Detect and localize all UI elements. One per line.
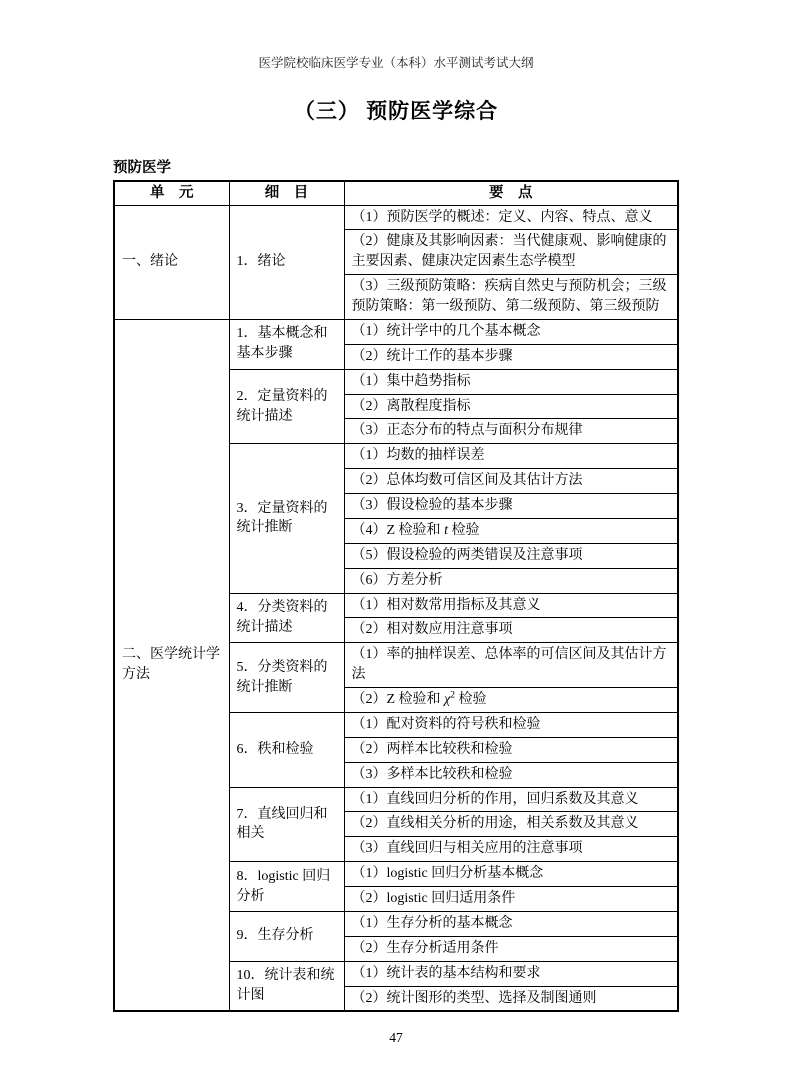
detail-cell-2-7: 7．直线回归和相关 [229, 787, 344, 862]
point-cell: （2）生存分析适用条件 [344, 936, 678, 961]
document-page: 医学院校临床医学专业（本科）水平测试考试大纲 （三） 预防医学综合 预防医学 单… [0, 0, 792, 1078]
point-text: （2）Z 检验和 [352, 692, 445, 707]
page-number: 47 [0, 1030, 792, 1046]
column-header-unit: 单 元 [114, 181, 229, 205]
detail-cell-2-1: 1．基本概念和基本步骤 [229, 319, 344, 369]
detail-cell-2-3: 3．定量资料的统计推断 [229, 444, 344, 593]
syllabus-table: 单 元 细 目 要 点 一、绪论 1．绪论 （1）预防医学的概述：定义、内容、特… [113, 180, 679, 1012]
detail-cell-2-10: 10．统计表和统计图 [229, 961, 344, 1011]
point-cell: （1）集中趋势指标 [344, 369, 678, 394]
point-cell: （3）假设检验的基本步骤 [344, 494, 678, 519]
column-header-points: 要 点 [344, 181, 678, 205]
point-cell: （1）统计学中的几个基本概念 [344, 319, 678, 344]
point-text: （4）Z 检验和 [352, 523, 445, 538]
point-cell: （4）Z 检验和 t 检验 [344, 518, 678, 543]
table-header-row: 单 元 细 目 要 点 [114, 181, 678, 205]
page-title: （三） 预防医学综合 [0, 95, 792, 125]
point-cell: （2）两样本比较秩和检验 [344, 737, 678, 762]
point-cell: （1）统计表的基本结构和要求 [344, 961, 678, 986]
point-cell: （2）健康及其影响因素：当代健康观、影响健康的主要因素、健康决定因素生态学模型 [344, 230, 678, 275]
detail-cell-2-4: 4．分类资料的统计描述 [229, 593, 344, 643]
point-cell: （3）正态分布的特点与面积分布规律 [344, 419, 678, 444]
unit-cell-1: 一、绪论 [114, 205, 229, 319]
point-text: 检验 [448, 523, 480, 538]
point-cell: （1）生存分析的基本概念 [344, 911, 678, 936]
point-cell: （1）直线回归分析的作用，回归系数及其意义 [344, 787, 678, 812]
detail-cell-2-6: 6．秩和检验 [229, 712, 344, 787]
section-label: 预防医学 [113, 156, 171, 177]
table-row: 二、医学统计学方法 1．基本概念和基本步骤 （1）统计学中的几个基本概念 [114, 319, 678, 344]
column-header-detail: 细 目 [229, 181, 344, 205]
point-cell: （6）方差分析 [344, 568, 678, 593]
point-cell: （2）统计工作的基本步骤 [344, 344, 678, 369]
point-cell: （1）logistic 回归分析基本概念 [344, 862, 678, 887]
point-cell: （1）相对数常用指标及其意义 [344, 593, 678, 618]
point-cell: （1）率的抽样误差、总体率的可信区间及其估计方法 [344, 643, 678, 688]
point-cell: （2）总体均数可信区间及其估计方法 [344, 469, 678, 494]
point-cell: （2）Z 检验和 χ2 检验 [344, 688, 678, 713]
detail-cell-2-2: 2．定量资料的统计描述 [229, 369, 344, 444]
point-text: 检验 [455, 692, 487, 707]
point-cell: （1）配对资料的符号秩和检验 [344, 712, 678, 737]
detail-cell-2-9: 9．生存分析 [229, 911, 344, 961]
point-cell: （2）相对数应用注意事项 [344, 618, 678, 643]
detail-cell-1-1: 1．绪论 [229, 205, 344, 319]
point-cell: （3）直线回归与相关应用的注意事项 [344, 837, 678, 862]
point-cell: （2）离散程度指标 [344, 394, 678, 419]
table-row: 一、绪论 1．绪论 （1）预防医学的概述：定义、内容、特点、意义 [114, 205, 678, 230]
unit-cell-2: 二、医学统计学方法 [114, 319, 229, 1011]
point-cell: （3）三级预防策略：疾病自然史与预防机会；三级预防策略：第一级预防、第二级预防、… [344, 275, 678, 320]
point-cell: （1）均数的抽样误差 [344, 444, 678, 469]
detail-cell-2-8: 8．logistic 回归分析 [229, 862, 344, 912]
running-header: 医学院校临床医学专业（本科）水平测试考试大纲 [0, 53, 792, 71]
detail-cell-2-5: 5．分类资料的统计推断 [229, 643, 344, 713]
point-cell: （1）预防医学的概述：定义、内容、特点、意义 [344, 205, 678, 230]
point-cell: （2）直线相关分析的用途，相关系数及其意义 [344, 812, 678, 837]
point-cell: （5）假设检验的两类错误及注意事项 [344, 543, 678, 568]
point-cell: （2）logistic 回归适用条件 [344, 887, 678, 912]
point-cell: （2）统计图形的类型、选择及制图通则 [344, 986, 678, 1011]
point-cell: （3）多样本比较秩和检验 [344, 762, 678, 787]
